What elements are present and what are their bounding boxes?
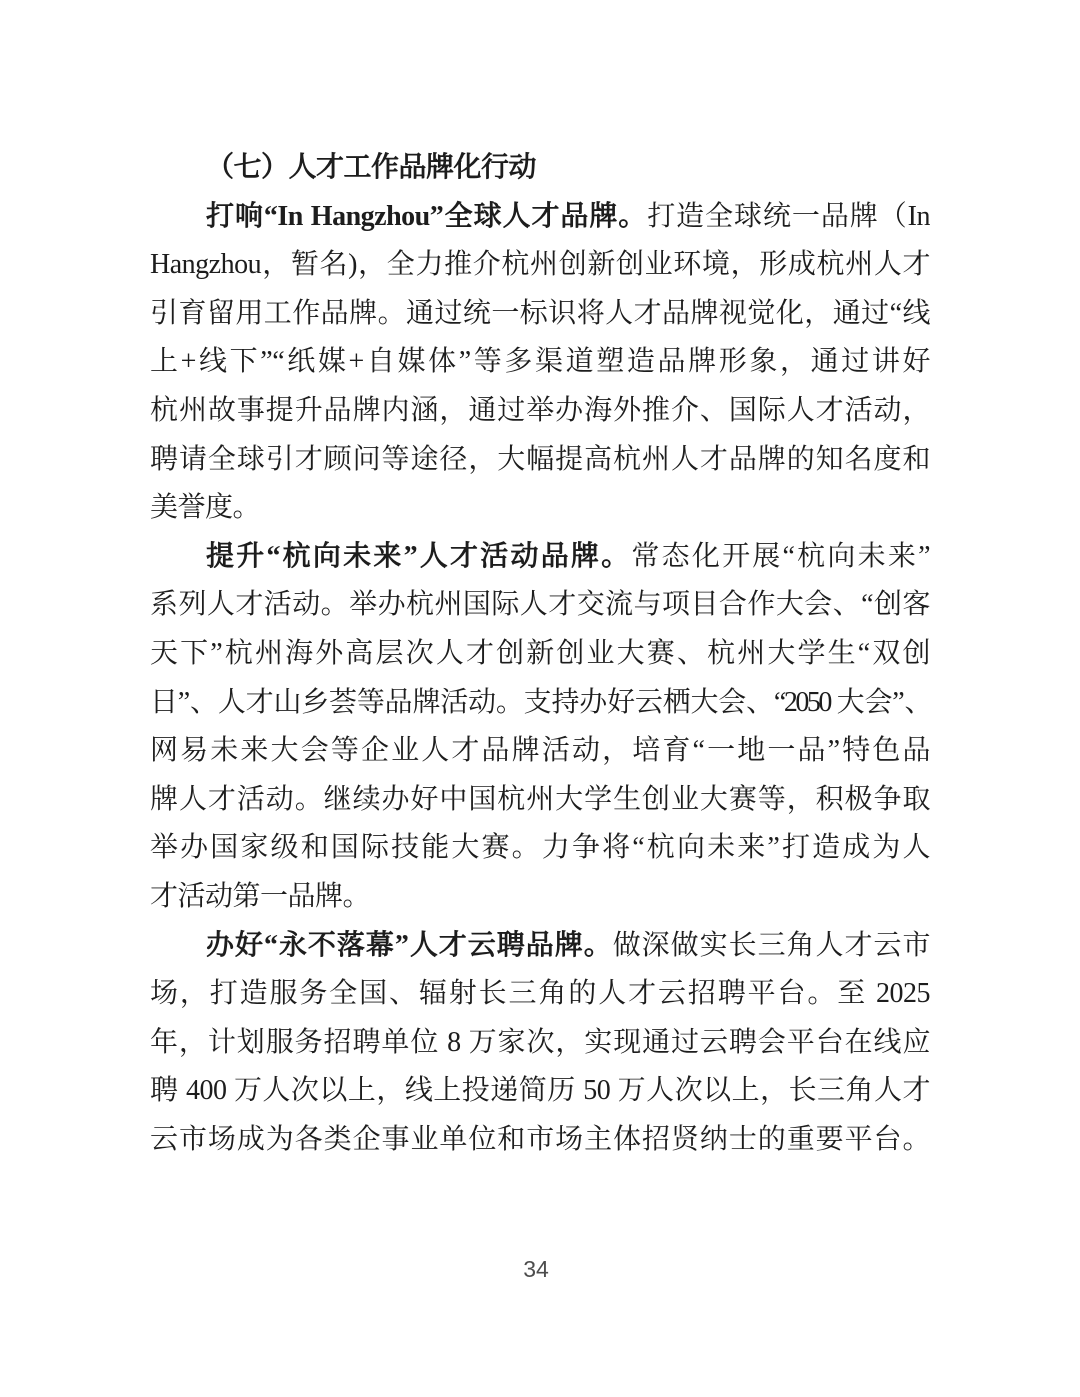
text-line: 系列人才活动。举办杭州国际人才交流与项目合作大会、“创客 <box>150 581 930 630</box>
text-line: 打响“In Hangzhou”全球人才品牌。打造全球统一品牌（In <box>150 193 930 242</box>
line-text: 聘 400 万人次以上，线上投递简历 50 万人次以上，长三角人才 <box>150 1075 930 1106</box>
lead-sentence-bold: 提升“杭向未来”人才活动品牌。 <box>206 541 631 572</box>
text-line: 聘请全球引才顾问等途径，大幅提高杭州人才品牌的知名度和 <box>150 436 930 485</box>
line-text: 牌人才活动。继续办好中国杭州大学生创业大赛等，积极争取 <box>150 784 930 815</box>
lead-sentence-bold: 办好“永不落幕”人才云聘品牌。 <box>206 930 613 961</box>
text-line: 场，打造服务全国、辐射长三角的人才云招聘平台。至 2025 <box>150 970 930 1019</box>
page-number: 34 <box>0 1256 1072 1283</box>
paragraph: 办好“永不落幕”人才云聘品牌。做深做实长三角人才云市场，打造服务全国、辐射长三角… <box>150 922 930 1165</box>
line-text: 才活动第一品牌。 <box>150 881 370 912</box>
line-text: 美誉度。 <box>150 492 260 523</box>
line-text: 打造全球统一品牌（In <box>647 201 930 232</box>
text-line: 引育留用工作品牌。通过统一标识将人才品牌视觉化，通过“线 <box>150 290 930 339</box>
lead-sentence-bold: 打响“In Hangzhou”全球人才品牌。 <box>206 201 647 232</box>
paragraphs-container: 打响“In Hangzhou”全球人才品牌。打造全球统一品牌（InHangzho… <box>150 193 930 1165</box>
line-text: 日”、人才山乡荟等品牌活动。支持办好云栖大会、“2050 大会”、 <box>150 687 930 718</box>
text-line: 云市场成为各类企事业单位和市场主体招贤纳士的重要平台。 <box>150 1116 930 1165</box>
line-text: 系列人才活动。举办杭州国际人才交流与项目合作大会、“创客 <box>150 589 930 620</box>
line-text: 天下”杭州海外高层次人才创新创业大赛、杭州大学生“双创 <box>150 638 930 669</box>
line-text: 举办国家级和国际技能大赛。力争将“杭向未来”打造成为人 <box>150 832 930 863</box>
text-block: （七）人才工作品牌化行动 打响“In Hangzhou”全球人才品牌。打造全球统… <box>150 144 930 1164</box>
line-text: Hangzhou，暂名)，全力推介杭州创新创业环境，形成杭州人才 <box>150 249 930 280</box>
text-line: 才活动第一品牌。 <box>150 873 930 922</box>
text-line: 年，计划服务招聘单位 8 万家次，实现通过云聘会平台在线应 <box>150 1019 930 1068</box>
text-line: 上+线下”“纸媒+自媒体”等多渠道塑造品牌形象，通过讲好 <box>150 338 930 387</box>
text-line: 美誉度。 <box>150 484 930 533</box>
text-line: 聘 400 万人次以上，线上投递简历 50 万人次以上，长三角人才 <box>150 1067 930 1116</box>
paragraph: 提升“杭向未来”人才活动品牌。常态化开展“杭向未来”系列人才活动。举办杭州国际人… <box>150 533 930 922</box>
text-line: 举办国家级和国际技能大赛。力争将“杭向未来”打造成为人 <box>150 824 930 873</box>
line-text: 年，计划服务招聘单位 8 万家次，实现通过云聘会平台在线应 <box>150 1027 930 1058</box>
line-text: 云市场成为各类企事业单位和市场主体招贤纳士的重要平台。 <box>150 1124 930 1155</box>
line-text: 杭州故事提升品牌内涵，通过举办海外推介、国际人才活动， <box>150 395 930 426</box>
text-line: 日”、人才山乡荟等品牌活动。支持办好云栖大会、“2050 大会”、 <box>150 679 930 728</box>
text-line: Hangzhou，暂名)，全力推介杭州创新创业环境，形成杭州人才 <box>150 241 930 290</box>
line-text: 上+线下”“纸媒+自媒体”等多渠道塑造品牌形象，通过讲好 <box>150 346 930 377</box>
line-text: 引育留用工作品牌。通过统一标识将人才品牌视觉化，通过“线 <box>150 298 930 329</box>
line-text: 聘请全球引才顾问等途径，大幅提高杭州人才品牌的知名度和 <box>150 444 930 475</box>
text-line: 牌人才活动。继续办好中国杭州大学生创业大赛等，积极争取 <box>150 776 930 825</box>
paragraph: 打响“In Hangzhou”全球人才品牌。打造全球统一品牌（InHangzho… <box>150 193 930 533</box>
text-line: 杭州故事提升品牌内涵，通过举办海外推介、国际人才活动， <box>150 387 930 436</box>
text-line: 办好“永不落幕”人才云聘品牌。做深做实长三角人才云市 <box>150 922 930 971</box>
text-line: 提升“杭向未来”人才活动品牌。常态化开展“杭向未来” <box>150 533 930 582</box>
line-text: 做深做实长三角人才云市 <box>613 930 930 961</box>
text-line: 网易未来大会等企业人才品牌活动，培育“一地一品”特色品 <box>150 727 930 776</box>
document-page: （七）人才工作品牌化行动 打响“In Hangzhou”全球人才品牌。打造全球统… <box>0 0 1080 1397</box>
text-line: 天下”杭州海外高层次人才创新创业大赛、杭州大学生“双创 <box>150 630 930 679</box>
section-heading: （七）人才工作品牌化行动 <box>150 144 930 193</box>
line-text: 常态化开展“杭向未来” <box>631 541 930 572</box>
line-text: 网易未来大会等企业人才品牌活动，培育“一地一品”特色品 <box>150 735 930 766</box>
line-text: 场，打造服务全国、辐射长三角的人才云招聘平台。至 2025 <box>150 978 930 1009</box>
